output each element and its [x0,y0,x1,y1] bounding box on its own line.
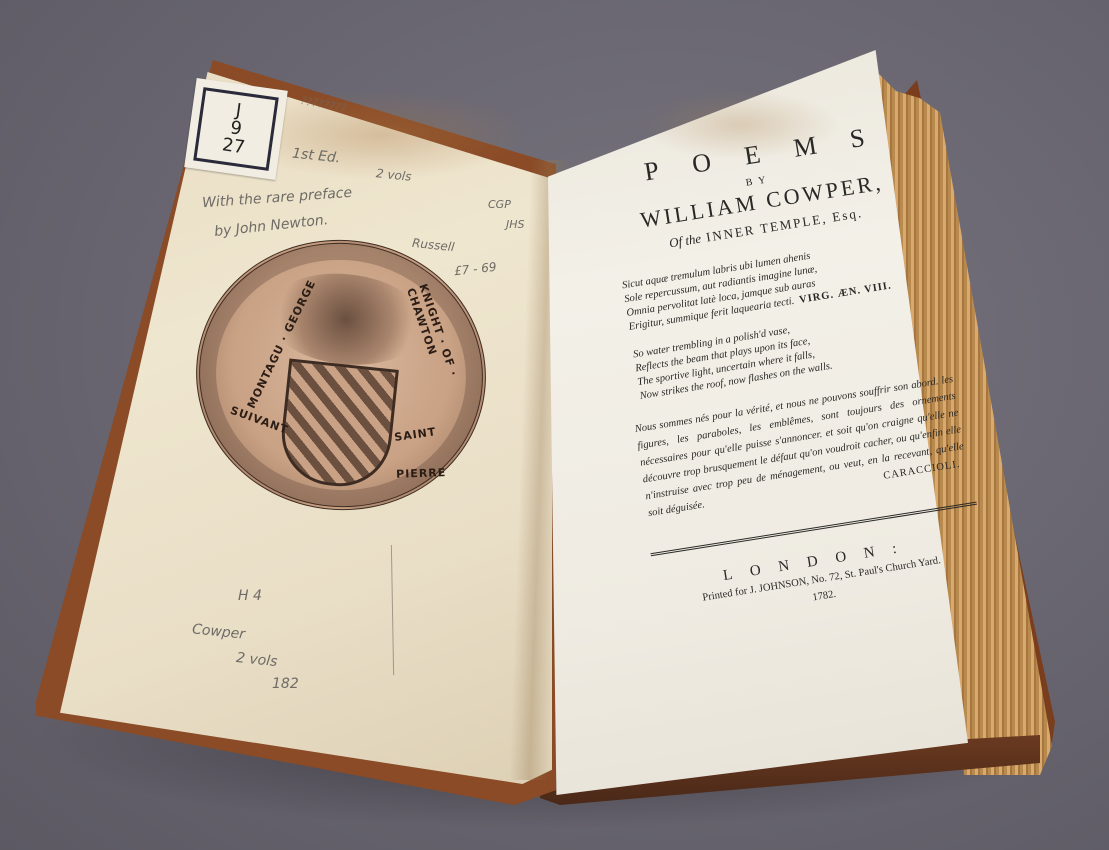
pencil-note-ref: CGP [488,198,511,211]
bookplate-motto-right: PIERRE [396,466,447,481]
pencil-note-code: H 4 [238,588,262,604]
pencil-note-ref: JHS [506,218,525,231]
shelf-mark-line: 27 [221,136,246,157]
pencil-note-year: 182 [272,676,299,692]
bookplate-motto-left: SUIVANT [228,404,290,437]
bookplate-motto-right: SAINT [393,425,437,444]
of-the: Of the [668,231,702,251]
shelf-mark-label: J 9 27 [184,78,288,180]
heraldic-shield [277,359,399,492]
